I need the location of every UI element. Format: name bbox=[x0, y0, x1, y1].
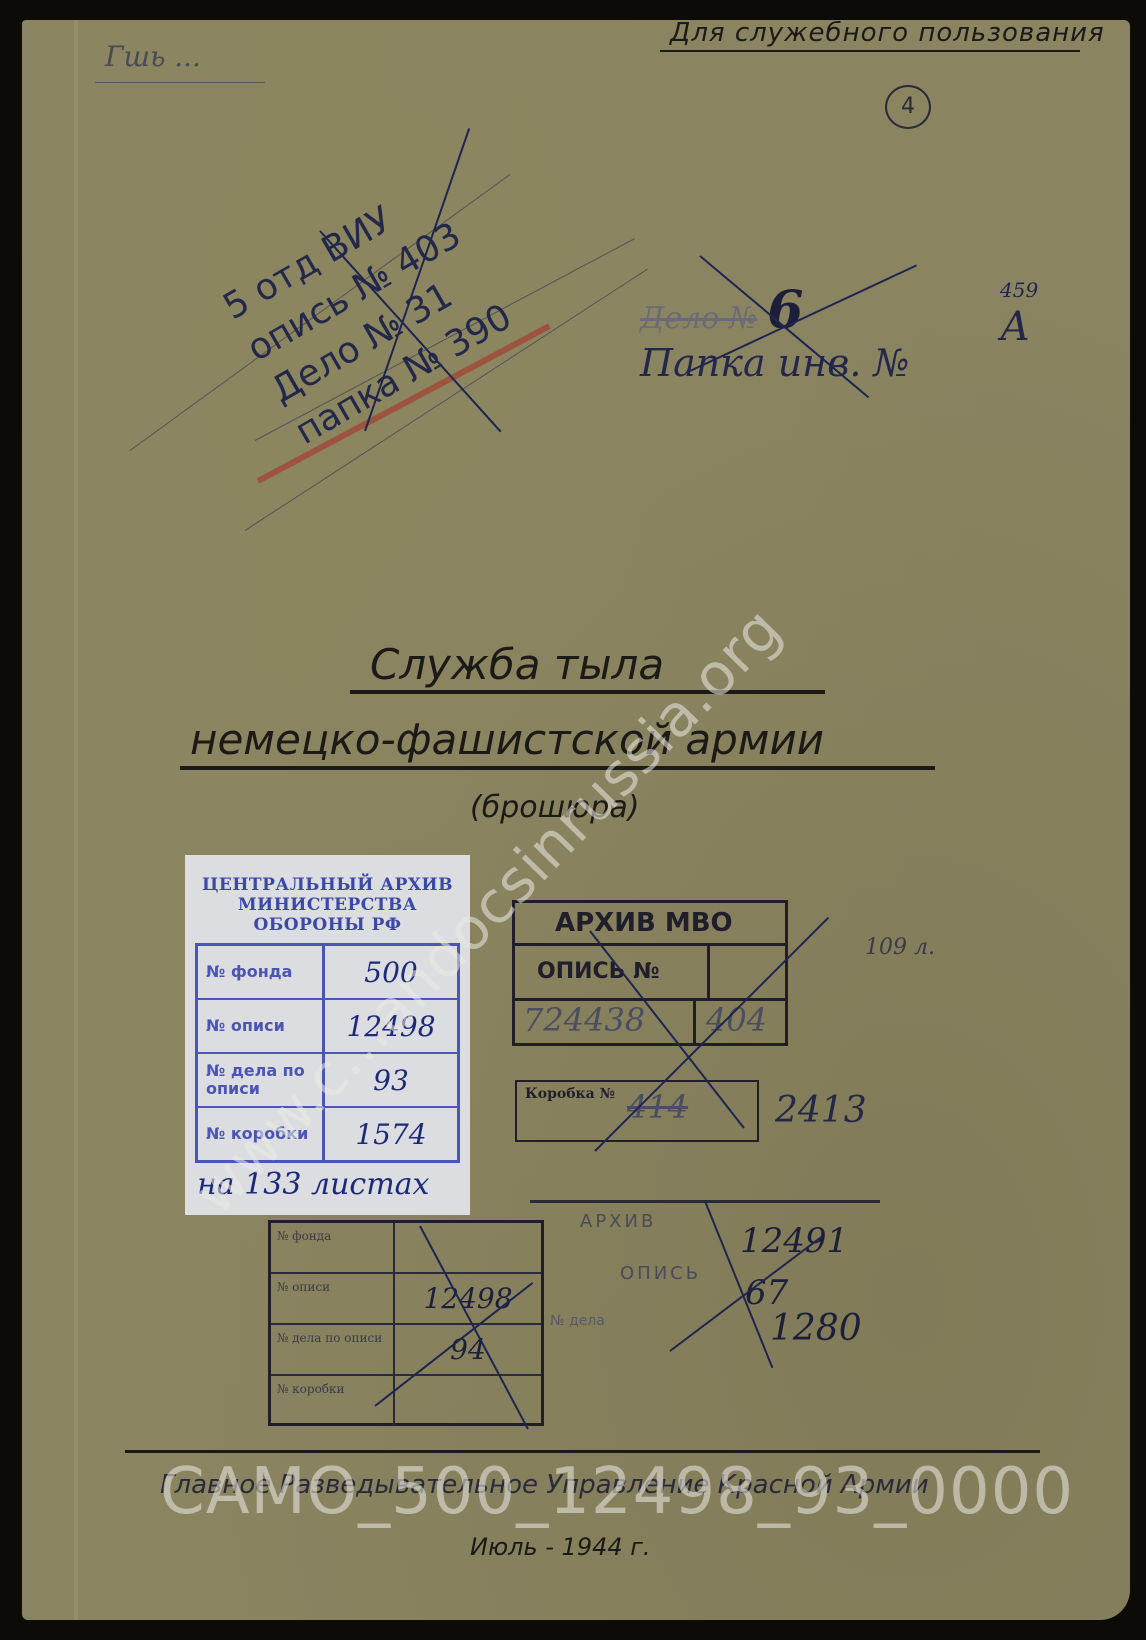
inventory-number-value: 459 bbox=[1000, 278, 1038, 302]
case-value: 404 bbox=[696, 1001, 785, 1046]
document-title-line2: немецко-фашистской армии bbox=[190, 715, 824, 764]
box-stamp: Коробка № 414 bbox=[515, 1080, 759, 1142]
document-title-line1: Служба тыла bbox=[370, 640, 664, 689]
table-row: № фонда bbox=[271, 1223, 541, 1274]
inventory-number: 459 А bbox=[1000, 278, 1038, 350]
box-side-number: 2413 bbox=[775, 1090, 867, 1131]
watermark-document-id: CAMO_500_12498_93_0000 bbox=[160, 1455, 1074, 1529]
fund-label: № фонда bbox=[197, 945, 324, 1000]
title-underline bbox=[350, 690, 825, 694]
box-value bbox=[395, 1376, 541, 1425]
inventory-value: 724438 bbox=[515, 1001, 696, 1046]
folder-label: Папка инв. № bbox=[640, 341, 909, 385]
stamp-title: АРХИВ МВО bbox=[515, 903, 785, 946]
table-row: № коробки bbox=[271, 1376, 541, 1425]
top-left-mark: Гшь ... bbox=[105, 40, 201, 73]
archive-stamp-2: АРХИВ ОПИСЬ № дела 12491 67 1280 bbox=[530, 1200, 880, 1393]
box-value: 1280 bbox=[770, 1308, 862, 1349]
restriction-underline bbox=[660, 50, 1080, 52]
case-label: № дела по описи bbox=[271, 1325, 395, 1374]
issue-date: Июль - 1944 г. bbox=[470, 1533, 651, 1561]
stamp-title: АРХИВ bbox=[580, 1211, 656, 1232]
box-label: № коробки bbox=[271, 1376, 395, 1425]
circled-number: 4 bbox=[885, 85, 931, 129]
inventory-label: ОПИСЬ bbox=[620, 1263, 701, 1284]
archive-name-line1: ЦЕНТРАЛЬНЫЙ АРХИВ bbox=[185, 875, 470, 895]
fund-label: № фонда bbox=[271, 1223, 395, 1272]
mvo-archive-stamp: АРХИВ МВО ОПИСЬ № 724438404 bbox=[512, 900, 788, 1046]
restriction-note: Для служебного пользования bbox=[670, 18, 1105, 48]
case-label: Дело № bbox=[640, 301, 757, 336]
footer-rule bbox=[125, 1450, 1040, 1453]
fund-value bbox=[395, 1223, 541, 1272]
box-value: 1574 bbox=[324, 1107, 459, 1162]
case-label: № дела bbox=[550, 1313, 605, 1329]
inventory-letter: А bbox=[1000, 304, 1038, 350]
box-label: Коробка № bbox=[525, 1086, 615, 1102]
table-row: № дела по описи94 bbox=[271, 1325, 541, 1376]
top-left-underline bbox=[95, 82, 265, 83]
title-underline bbox=[180, 766, 935, 770]
old-archive-table-stamp: № фонда № описи12498 № дела по описи94 №… bbox=[268, 1220, 544, 1426]
page-count-note: 109 л. bbox=[865, 935, 935, 960]
table-row: № описи12498 bbox=[271, 1274, 541, 1325]
inventory-label: № описи bbox=[197, 999, 324, 1053]
spine-fold bbox=[74, 20, 78, 1620]
inventory-label: № описи bbox=[271, 1274, 395, 1323]
inventory-label: ОПИСЬ № bbox=[515, 946, 710, 998]
